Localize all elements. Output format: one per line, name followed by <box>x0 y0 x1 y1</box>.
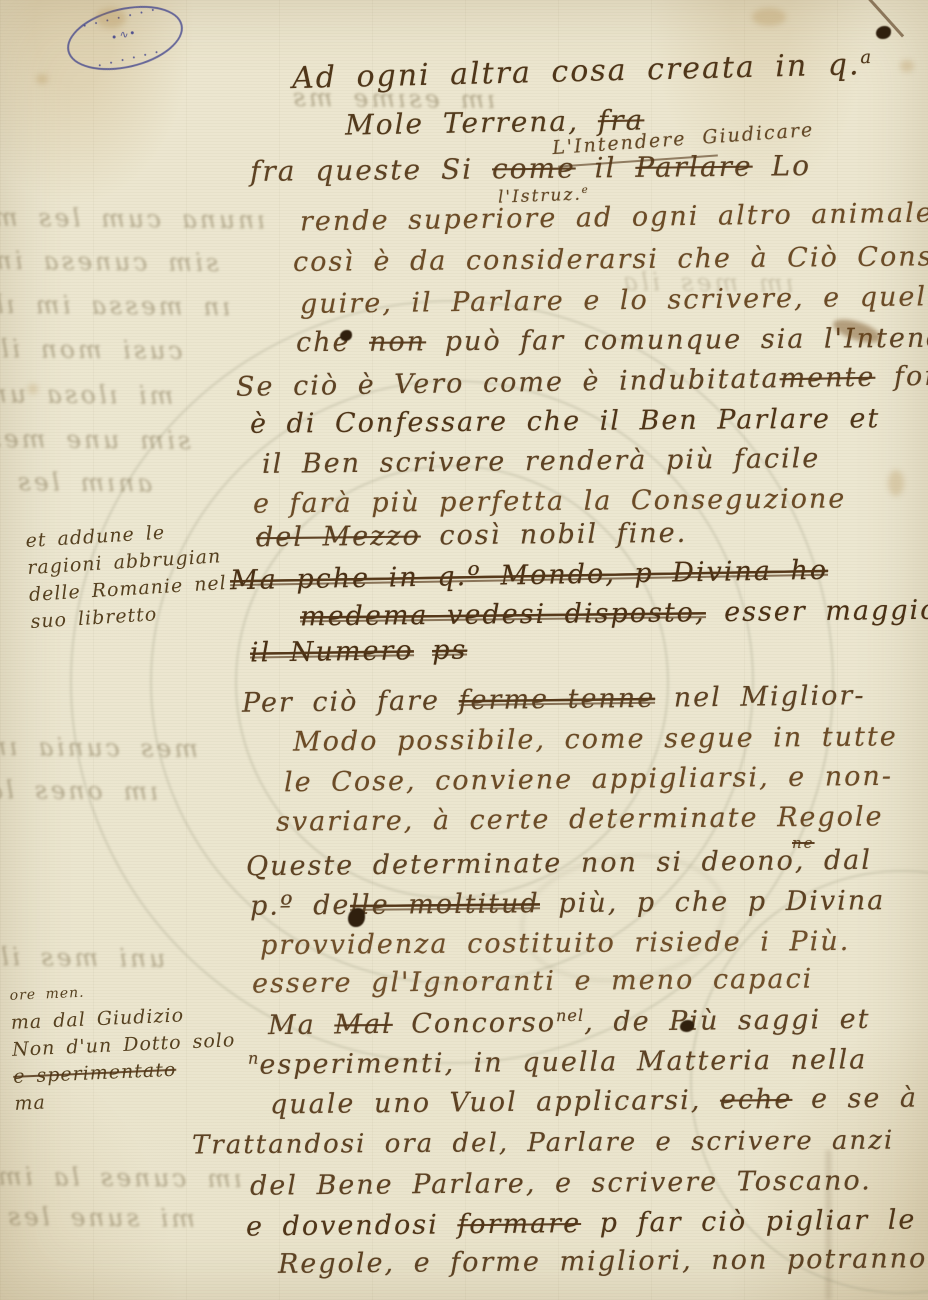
deleted-text: ps <box>432 634 468 665</box>
manuscript-line: che non può far comunque sia l'Intend. <box>296 323 928 359</box>
verso-showthrough-text: ınuna cum les mi <box>0 203 265 235</box>
handwritten-text: svariare, à certe determinate Regole <box>276 801 884 837</box>
collection-stamp: ∙ ∙ ∙ ∙ ∙ ∙ ∙ ∙∿∙ ∙ ∙ ∙ ∙ ∙ ∙ <box>61 0 189 81</box>
handwritten-text: nel <box>556 1006 584 1025</box>
paper-crease <box>826 1150 831 1300</box>
ink-blot <box>876 26 891 39</box>
handwritten-text: n <box>248 1049 260 1068</box>
interlinear-insertion: l'Istruz.e <box>498 184 590 207</box>
handwritten-text: a <box>860 47 872 68</box>
manuscript-line: p.º delle moltitud più, p che p Divina <box>250 885 886 922</box>
verso-showthrough-text: cusi mon ila <box>0 334 183 365</box>
verso-showthrough-text: mi ılosa une <box>0 379 174 410</box>
manuscript-line: svariare, à certe determinate Regole <box>276 801 884 837</box>
foxing-spot <box>888 470 904 496</box>
deleted-text: il Numero <box>250 635 414 668</box>
verso-showthrough-text: sim cunesa im <box>0 246 219 277</box>
manuscript-line: del Bene Parlare, e scrivere Toscano. <box>250 1165 872 1201</box>
deleted-text: Mal <box>334 1009 393 1041</box>
handwritten-text: essere gl'Ignoranti e meno capaci <box>252 964 814 1000</box>
margin-note: et addune le ragioni abbrugian delle Rom… <box>25 516 229 636</box>
handwritten-text: il Ben scrivere renderà più facile <box>262 443 821 480</box>
manuscript-line: rende superiore ad ogni altro animale <box>300 198 928 238</box>
handwritten-text: p far ciò pigliar le <box>581 1204 917 1239</box>
handwritten-text: l'Istruz. <box>498 185 582 208</box>
manuscript-line: Queste determinate non si deono, dal <box>246 845 872 883</box>
manuscript-line: Ma Mal Concorsonel, de Più saggi et <box>268 1003 871 1041</box>
verso-showthrough-text: uni mes ila <box>0 942 165 973</box>
verso-showthrough-text: ım cunes la im <box>0 1162 242 1194</box>
handwritten-text: così è da considerarsi che à Ciò Conse- <box>293 241 928 278</box>
deleted-text: del Mezzo <box>256 521 421 554</box>
manuscript-line: le Cose, conviene appigliarsi, e non- <box>284 761 893 798</box>
manuscript-line-deleted: medema vedesi disposto, esser maggior <box>300 595 928 633</box>
manuscript-line: così è da considerarsi che à Ciò Conse- <box>293 241 928 278</box>
handwritten-text: Queste determinate non si deono, dal <box>246 845 872 883</box>
handwritten-text: così nobil fine. <box>421 518 688 552</box>
verso-showthrough-text: mes cunia ım <box>0 732 198 763</box>
verso-showthrough-text: ın messa im ıle <box>0 290 231 322</box>
manuscript-line: Ad ogni altra cosa creata in q.a <box>292 47 873 96</box>
deleted-text: ferme tenne <box>458 683 655 716</box>
handwritten-text: guire, il Parlare e lo scrivere, e quell… <box>300 281 928 320</box>
manuscript-line: è di Confessare che il Ben Parlare et <box>250 403 881 439</box>
handwritten-text: fra queste Si <box>250 152 492 188</box>
handwritten-text: e farà più perfetta la Conseguzione <box>253 483 847 519</box>
verso-showthrough-text: mi sune les <box>5 1202 195 1233</box>
manuscript-line: fra queste Si come il Parlare Lo <box>250 149 811 188</box>
verso-showthrough-text: anım les <box>15 467 153 497</box>
manuscript-line: e farà più perfetta la Conseguzione <box>253 483 847 519</box>
handwritten-text: esser maggior <box>705 595 928 629</box>
manuscript-page: ım esıme ms ınuna cum les mi sim cunesa … <box>0 0 928 1300</box>
handwritten-text: che <box>296 327 369 359</box>
handwritten-text: e dovendosi <box>246 1209 458 1242</box>
manuscript-line: guire, il Parlare e lo scrivere, e quell… <box>300 281 928 320</box>
deleted-text: Parlare <box>635 150 753 184</box>
interlinear-insertion: ne <box>792 834 815 852</box>
deleted-text: mente <box>779 362 875 395</box>
handwritten-text <box>413 635 432 666</box>
foxing-spot <box>900 60 914 72</box>
deleted-text: medema vedesi disposto, <box>300 597 706 632</box>
handwritten-text: quale uno Vuol applicarsi, <box>270 1085 720 1121</box>
handwritten-text: rende superiore ad ogni altro animale <box>300 198 928 238</box>
handwritten-text: forza <box>875 360 928 393</box>
margin-note: ore men. ma dal Giudizio Non d'un Dotto … <box>9 973 238 1118</box>
deleted-text: ne <box>792 834 815 852</box>
verso-showthrough-text: sim une mes <box>0 424 191 455</box>
handwritten-text: , de Più saggi et <box>584 1004 871 1038</box>
handwritten-text: Per ciò fare <box>242 685 459 719</box>
handwritten-text: è di Confessare che il Ben Parlare et <box>250 403 881 439</box>
handwritten-text: Lo <box>752 149 811 183</box>
manuscript-line: il Ben scrivere renderà più facile <box>262 443 821 480</box>
foxing-spot <box>96 8 126 28</box>
verso-showthrough-text: ım ones la <box>0 775 158 806</box>
handwritten-text: p.º de <box>250 890 351 922</box>
handwritten-text: nel Miglior- <box>655 680 866 714</box>
handwritten-text: Ad ogni altra cosa creata in q. <box>292 47 861 96</box>
foxing-spot <box>752 8 786 26</box>
deleted-text: formare <box>457 1208 581 1240</box>
handwritten-text: Modo possibile, come segue in tutte <box>293 721 898 757</box>
handwritten-text: Concorso <box>393 1007 557 1040</box>
manuscript-line: Trattandosi ora del, Parlare e scrivere … <box>192 1126 894 1161</box>
deleted-text: lle moltitud <box>350 888 540 921</box>
handwritten-text: Trattandosi ora del, Parlare e scrivere … <box>192 1126 894 1161</box>
handwritten-text: del Bene Parlare, e scrivere Toscano. <box>250 1165 872 1201</box>
handwritten-text: esperimenti, in quella Matteria nella <box>259 1044 867 1080</box>
handwritten-text: più, p che p Divina <box>540 885 886 919</box>
handwritten-text: provvidenza costituito risiede i Più. <box>260 926 850 961</box>
handwritten-text: e se à <box>792 1083 918 1115</box>
deleted-text: non <box>369 326 426 357</box>
manuscript-line: provvidenza costituito risiede i Più. <box>260 926 850 961</box>
manuscript-line: Modo possibile, come segue in tutte <box>293 721 898 757</box>
handwritten-text: e <box>581 185 588 196</box>
handwritten-text: le Cose, conviene appigliarsi, e non- <box>284 761 893 798</box>
foxing-spot <box>36 74 48 84</box>
manuscript-line: nesperimenti, in quella Matteria nella <box>248 1043 868 1080</box>
deleted-text: eche <box>720 1084 793 1116</box>
foxing-spot <box>28 384 38 394</box>
manuscript-line-deleted: il Numero ps <box>250 634 468 668</box>
manuscript-line: del Mezzo così nobil fine. <box>256 518 688 554</box>
handwritten-text: Ma <box>268 1009 335 1041</box>
manuscript-line: essere gl'Ignoranti e meno capaci <box>252 964 814 1000</box>
